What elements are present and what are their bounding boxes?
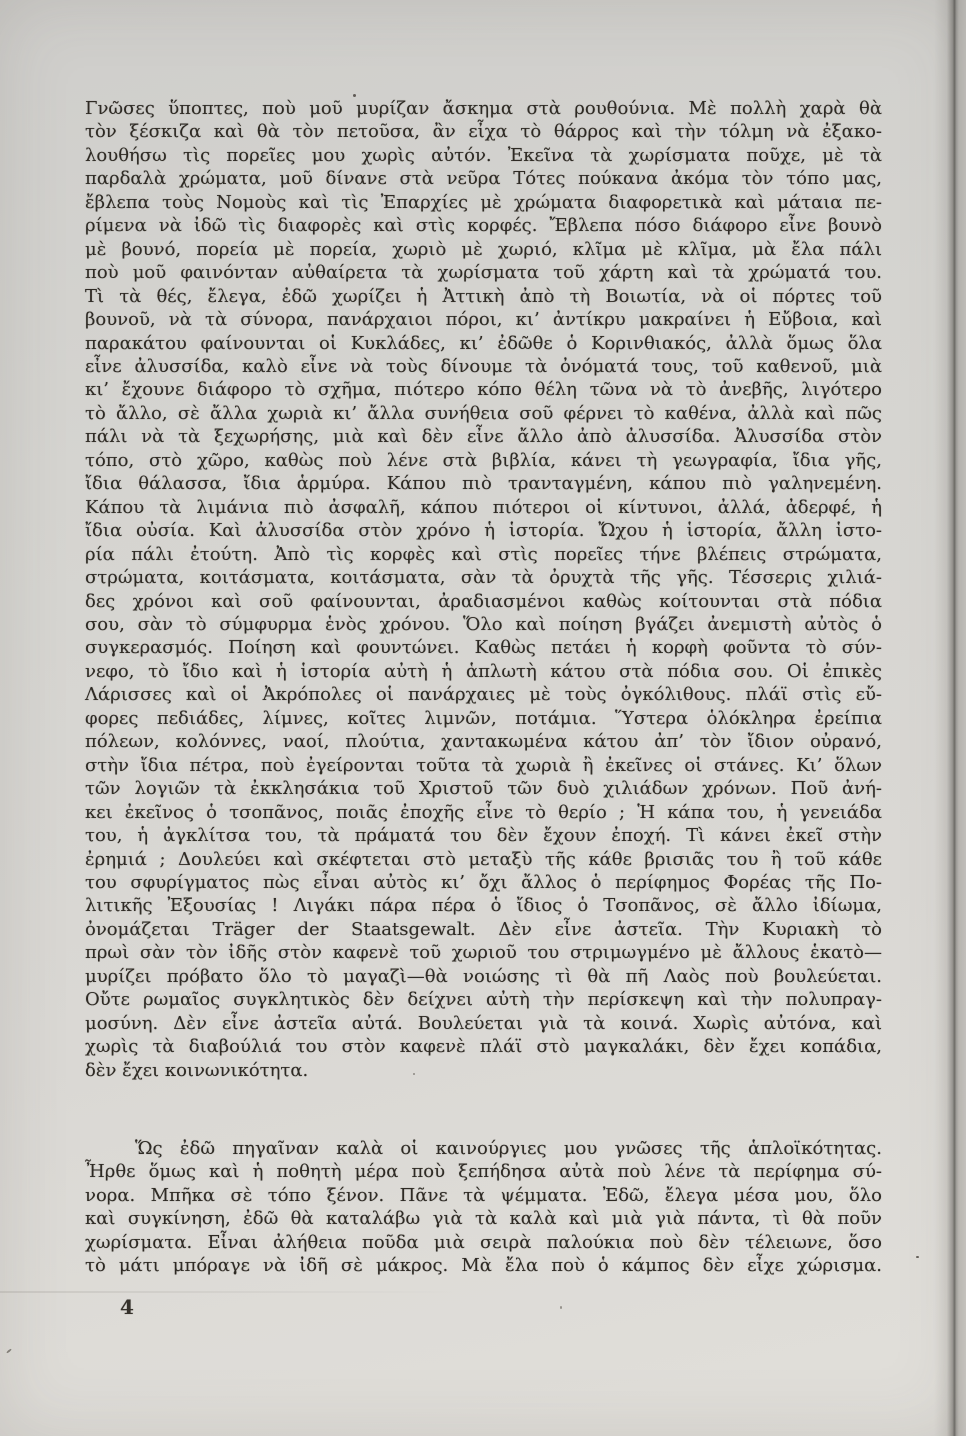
text-line: Ὥς ἐδῶ πηγαῖναν καλὰ οἱ καινούργιες μου … [85,1137,882,1160]
text-line: μοσύνη. Δὲν εἶνε ἀστεῖα αὐτά. Βουλεύεται… [85,1012,882,1035]
scanned-page: Γνῶσες ὕποπτες, ποὺ μοῦ μυρίζαν ἄσκημα σ… [0,0,966,1436]
text-line: χωρὶς τὰ διαβούλιά του στὸν καφενὲ πλάϊ … [85,1035,882,1058]
text-line: παρδαλὰ χρώματα, μοῦ δίνανε στὰ νεῦρα Τό… [85,167,882,190]
text-line: παρακάτου φαίνουνται οἱ Κυκλάδες, κι’ ἐδ… [85,332,882,355]
text-line: δες χρόνοι καὶ σοῦ φαίνουνται, ἀραδιασμέ… [85,590,882,613]
text-line: φορες πεδιάδες, λίμνες, κοῖτες λιμνῶν, π… [85,707,882,730]
text-line: δὲν ἔχει κοινωνικότητα. [85,1059,882,1082]
scan-speck [413,1073,415,1075]
text-line: Τὶ τὰ θές, ἔλεγα, ἐδῶ χωρίζει ἡ Ἀττικὴ ἀ… [85,285,882,308]
text-line: λιτικῆς Ἐξουσίας ! Λιγάκι πάρα πέρα ὁ ἴδ… [85,894,882,917]
text-line: χωρίσματα. Εἶναι ἀλήθεια ποῦδα μιὰ σειρὰ… [85,1231,882,1254]
text-line: Λάρισσες καὶ οἱ Ἀκρόπολες οἱ πανάρχαιες … [85,683,882,706]
text-line: νεφο, τὸ ἴδιο καὶ ἡ ἱστορία αὐτὴ ἡ ἁπλωτ… [85,660,882,683]
paragraph: Γνῶσες ὕποπτες, ποὺ μοῦ μυρίζαν ἄσκημα σ… [85,97,882,1082]
page-number: 4 [120,1295,134,1319]
text-line: τὸ ἄλλο, σὲ ἄλλα χωριὰ κι’ ἄλλα συνήθεια… [85,402,882,425]
text-line: στρώματα, κοιτάσματα, κοιτάσματα, σὰν τὰ… [85,566,882,589]
text-line: νορα. Μπῆκα σὲ τόπο ξένον. Πᾶνε τὰ ψέμμα… [85,1184,882,1207]
text-line: Κάπου τὰ λιμάνια πιὸ ἀσφαλῆ, κάπου πιότε… [85,496,882,519]
text-line: κει ἐκεῖνος ὁ τσοπᾶνος, ποιᾶς ἐποχῆς εἶν… [85,801,882,824]
text-line: ἴδια οὐσία. Καὶ ἀλυσσίδα στὸν χρόνο ἡ ἱσ… [85,519,882,542]
scan-speck [6,1348,12,1353]
text-line: ἔβλεπα τοὺς Νομοὺς καὶ τὶς Ἐπαρχίες μὲ χ… [85,191,882,214]
text-line: ἴδια θάλασσα, ἴδια ἁρμύρα. Κάπου πιὸ τρα… [85,472,882,495]
paragraph: Ὥς ἐδῶ πηγαῖναν καλὰ οἱ καινούργιες μου … [85,1137,882,1278]
text-block: Γνῶσες ὕποπτες, ποὺ μοῦ μυρίζαν ἄσκημα σ… [85,97,882,1278]
text-line: Γνῶσες ὕποπτες, ποὺ μοῦ μυρίζαν ἄσκημα σ… [85,97,882,120]
text-line: ὀνομάζεται Träger der Staatsgewalt. Δὲν … [85,918,882,941]
text-line: τῶν λογιῶν τὰ ἐκκλησάκια τοῦ Χριστοῦ τῶν… [85,777,882,800]
text-line: σου, σὰν τὸ σύμφυρμα ἑνὸς χρόνου. Ὅλο κα… [85,613,882,636]
text-line: τὸ μάτι μπόραγε νὰ ἰδῆ σὲ μάκρος. Μὰ ἔλα… [85,1254,882,1277]
text-line: λουθήσω τὶς πορεῖες μου χωρὶς αὐτόν. Ἐκε… [85,144,882,167]
text-line: μὲ βουνό, πορεία μὲ πορεία, χωριὸ μὲ χωρ… [85,238,882,261]
text-line: Ἦρθε ὅμως καὶ ἡ ποθητὴ μέρα ποὺ ξεπήδησα… [85,1160,882,1183]
scan-speck [560,1306,562,1309]
text-line: εἶνε ἀλυσσίδα, καλὸ εἶνε νὰ τοὺς δίνουμε… [85,355,882,378]
text-line: Οὔτε ρωμαῖος συγκλητικὸς δὲν δείχνει αὐτ… [85,988,882,1011]
text-line: κι’ ἔχουνε διάφορο τὸ σχῆμα, πιότερο κόπ… [85,378,882,401]
text-line: τόπο, στὸ χῶρο, καθὼς ποὺ λένε στὰ βιβλί… [85,449,882,472]
text-line: ρία πάλι ἐτούτη. Ἀπὸ τὶς κορφὲς καὶ στὶς… [85,543,882,566]
text-line: στὴν ἴδια πέτρα, ποὺ ἐγείρονται τοῦτα τὰ… [85,754,882,777]
text-line: βουνοῦ, νὰ τὰ σύνορα, πανάρχαιοι πόροι, … [85,308,882,331]
text-line: μυρίζει πρόβατο ὅλο τὸ μαγαζὶ—θὰ νοιώσης… [85,965,882,988]
text-line: ποὺ μοῦ φαινόνταν αὐθαίρετα τὰ χωρίσματα… [85,261,882,284]
crease-line [0,1291,460,1293]
text-line: καὶ συγκίνηση, ἐδῶ θὰ καταλάβω γιὰ τὰ κα… [85,1207,882,1230]
text-line: του σφυρίγματος πὼς εἶναι αὐτὸς κι’ ὄχι … [85,871,882,894]
text-line: τὸν ξέσκιζα καὶ θὰ τὸν πετοῦσα, ἂν εἶχα … [85,120,882,143]
page-edge-shadow [934,0,966,1436]
scan-speck [353,94,356,97]
text-line: πάλι νὰ τὰ ξεχωρήσης, μιὰ καὶ δὲν εἶνε ἄ… [85,425,882,448]
text-line: ρίμενα νὰ ἰδῶ τὶς διαφορὲς καὶ στὶς κορφ… [85,214,882,237]
text-line: πόλεων, κολόννες, ναοί, πλούτια, χαντακω… [85,730,882,753]
text-line: συγκερασμός. Ποίηση καὶ φουντώνει. Καθὼς… [85,636,882,659]
text-line: του, ἡ ἀγκλίτσα του, τὰ πράματά του δὲν … [85,824,882,847]
text-line: πρωὶ σὰν τὸν ἰδῆς στὸν καφενὲ τοῦ χωριοῦ… [85,941,882,964]
scan-speck [916,1256,919,1258]
text-line: ἐρημιά ; Δουλεύει καὶ σκέφτεται στὸ μετα… [85,848,882,871]
